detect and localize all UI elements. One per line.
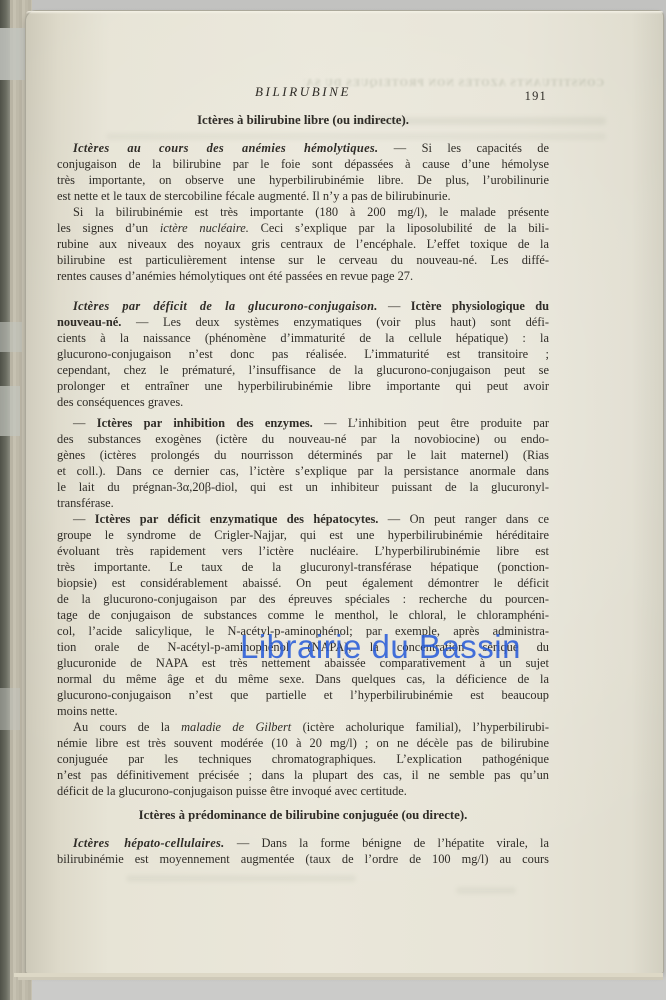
page-edge-highlight: [0, 322, 22, 352]
text-line: Au cours de la maladie de Gilbert (ictèr…: [57, 719, 549, 735]
verso-bleedthrough-smudge: [456, 887, 516, 894]
text-segment: bilirubinémie est moyennement augmentée …: [57, 852, 549, 866]
text-line: Ictères hépato-cellulaires. — Dans la fo…: [57, 835, 549, 851]
running-title: BILIRUBINE: [57, 84, 549, 100]
text-line: conjugaison de la bilirubine par le foie…: [57, 156, 549, 172]
text-line: glucurono-conjugaison n’est que partiell…: [57, 687, 549, 703]
text-segment: prolonger et entraîner une hyperbilirubi…: [57, 379, 549, 393]
text-segment: Ictères par inhibition des enzymes.: [97, 416, 313, 430]
text-segment: nouveau-né.: [57, 315, 121, 329]
text-segment: est nette et le taux de stercobiline féc…: [57, 189, 451, 203]
text-line: cients à la naissance (phénomène d’immat…: [57, 330, 549, 346]
text-segment: Ictères par déficit de la glucurono-conj…: [73, 299, 378, 313]
text-line: Ictères à bilirubine libre (ou indirecte…: [57, 112, 549, 128]
text-segment: maladie de Gilbert: [181, 720, 291, 734]
text-segment: les signes d’un: [57, 221, 160, 235]
text-line: — Ictères par déficit enzymatique des hé…: [57, 511, 549, 527]
text-segment: Ictères à prédominance de bilirubine con…: [139, 808, 468, 822]
page-bottom-edge: [18, 977, 663, 980]
text-line: des conséquences graves.: [57, 394, 549, 410]
text-segment: et coll.). Dans ce dernier cas, l’ictère…: [57, 464, 549, 478]
text-line: biopsie) est considérablement abaissé. O…: [57, 575, 549, 591]
text-line: prolonger et entraîner une hyperbilirubi…: [57, 378, 549, 394]
text-line: tage de conjugaison de substances comme …: [57, 607, 549, 623]
text-segment: —: [378, 299, 411, 313]
text-segment: évoluant très rapidement vers l’ictère n…: [57, 544, 549, 558]
paragraph: Au cours de la maladie de Gilbert (ictèr…: [57, 719, 549, 799]
text-line: rentes causes d’anémies hémolytiques ont…: [57, 268, 549, 284]
text-line: normal du même âge et du même sexe. Dans…: [57, 671, 549, 687]
text-segment: rentes causes d’anémies hémolytiques ont…: [57, 269, 413, 283]
section-heading: Ictères à bilirubine libre (ou indirecte…: [57, 112, 549, 128]
text-line: des substances exogènes (ictère du nouve…: [57, 431, 549, 447]
text-line: n’est pas définitivement précisée ; dans…: [57, 767, 549, 783]
text-segment: gènes (ictères prolongés du nourrisson d…: [57, 448, 549, 462]
text-segment: transférase.: [57, 496, 114, 510]
text-line: gènes (ictères prolongés du nourrisson d…: [57, 447, 549, 463]
text-line: glucurono-conjugaison n’est donc pas réa…: [57, 346, 549, 362]
text-segment: conjuguée par les techniques chromatogra…: [57, 752, 549, 766]
text-line: et coll.). Dans ce dernier cas, l’ictère…: [57, 463, 549, 479]
text-segment: de la glucurono-conjugaison par des épre…: [57, 592, 549, 606]
text-segment: Ceci s’explique par la liposolubilité de…: [249, 221, 549, 235]
text-segment: Ictères hépato-cellulaires.: [73, 836, 225, 850]
text-line: némie libre est très souvent modérée (10…: [57, 735, 549, 751]
text-segment: normal du même âge et du même sexe. Dans…: [57, 672, 549, 686]
text-segment: des conséquences graves.: [57, 395, 183, 409]
text-line: le lait du prégnan-3α,20β-diol, qui est …: [57, 479, 549, 495]
section-heading: Ictères à prédominance de bilirubine con…: [57, 807, 549, 823]
text-segment: très importante, on observe une hyperbil…: [57, 173, 549, 187]
text-line: de la glucurono-conjugaison par des épre…: [57, 591, 549, 607]
text-segment: rubine aux niveaux des noyaux gris centr…: [57, 237, 549, 251]
text-segment: n’est pas définitivement précisée ; dans…: [57, 768, 549, 782]
text-line: — Ictères par inhibition des enzymes. — …: [57, 415, 549, 431]
text-line: cependant, chez le prématuré, l’insuffis…: [57, 362, 549, 378]
text-line: moins nette.: [57, 703, 549, 719]
page-edge-highlight: [0, 386, 20, 436]
text-line: très importante, on observe une hyperbil…: [57, 172, 549, 188]
scanned-book-photo: CONSTITUANTS AZOTÉS NON PROTÉIQUES DU SA…: [0, 0, 666, 1000]
text-line: Si la bilirubinémie est très importante …: [57, 204, 549, 220]
text-segment: groupe le syndrome de Crigler-Najjar, qu…: [57, 528, 549, 542]
text-line: conjuguée par les techniques chromatogra…: [57, 751, 549, 767]
text-segment: déficit de la glucurono-conjugaison puis…: [57, 784, 407, 798]
text-segment: Si la bilirubinémie est très importante …: [73, 205, 549, 219]
body-text: Ictères à bilirubine libre (ou indirecte…: [57, 112, 549, 867]
text-line: nouveau-né. — Les deux systèmes enzymati…: [57, 314, 549, 330]
text-segment: Ictères par déficit enzymatique des hépa…: [95, 512, 379, 526]
text-segment: cependant, chez le prématuré, l’insuffis…: [57, 363, 549, 377]
paragraph: Si la bilirubinémie est très importante …: [57, 204, 549, 284]
text-line: les signes d’un ictère nucléaire. Ceci s…: [57, 220, 549, 236]
text-segment: conjugaison de la bilirubine par le foie…: [57, 157, 549, 171]
paragraph: Ictères hépato-cellulaires. — Dans la fo…: [57, 835, 549, 867]
text-line: bilirubine est particulièrement intense …: [57, 252, 549, 268]
text-segment: Ictères au cours des anémies hémolytique…: [73, 141, 378, 155]
text-line: rubine aux niveaux des noyaux gris centr…: [57, 236, 549, 252]
text-segment: — On peut ranger dans ce: [378, 512, 549, 526]
text-segment: tage de conjugaison de substances comme …: [57, 608, 549, 622]
text-line: groupe le syndrome de Crigler-Najjar, qu…: [57, 527, 549, 543]
text-segment: — Les deux systèmes enzymatiques (voir p…: [121, 315, 549, 329]
running-header: BILIRUBINE 191: [57, 84, 549, 112]
book-spine: [0, 0, 10, 1000]
text-segment: glucurono-conjugaison n’est que partiell…: [57, 688, 549, 702]
text-line: est nette et le taux de stercobiline féc…: [57, 188, 549, 204]
text-line: Ictères à prédominance de bilirubine con…: [57, 807, 549, 823]
text-line: bilirubinémie est moyennement augmentée …: [57, 851, 549, 867]
text-segment: biopsie) est considérablement abaissé. O…: [57, 576, 549, 590]
text-segment: Au cours de la: [73, 720, 181, 734]
paragraph: — Ictères par inhibition des enzymes. — …: [57, 415, 549, 511]
text-line: Ictères au cours des anémies hémolytique…: [57, 140, 549, 156]
paragraph: Ictères au cours des anémies hémolytique…: [57, 140, 549, 204]
text-line: Ictères par déficit de la glucurono-conj…: [57, 298, 549, 314]
page-top-highlight: [26, 11, 663, 14]
text-segment: —: [73, 512, 95, 526]
paragraph: Ictères par déficit de la glucurono-conj…: [57, 298, 549, 410]
text-segment: Ictère physiologique du: [411, 299, 549, 313]
bookstore-watermark: Librairie du Bassin: [240, 628, 590, 668]
text-segment: ictère nucléaire.: [160, 221, 249, 235]
text-segment: Ictères à bilirubine libre (ou indirecte…: [197, 113, 409, 127]
text-line: transférase.: [57, 495, 549, 511]
book-page: CONSTITUANTS AZOTÉS NON PROTÉIQUES DU SA…: [26, 11, 663, 973]
text-segment: glucurono-conjugaison n’est donc pas réa…: [57, 347, 549, 361]
text-segment: bilirubine est particulièrement intense …: [57, 253, 549, 267]
text-segment: — Dans la forme bénigne de l’hépatite vi…: [225, 836, 549, 850]
text-segment: des substances exogènes (ictère du nouve…: [57, 432, 549, 446]
text-line: déficit de la glucurono-conjugaison puis…: [57, 783, 549, 799]
paragraph: — Ictères par déficit enzymatique des hé…: [57, 511, 549, 719]
text-segment: — Si les capacités de: [378, 141, 549, 155]
page-edge-highlight: [0, 28, 26, 80]
text-segment: — L’inhibition peut être produite par: [313, 416, 549, 430]
verso-bleedthrough-smudge: [126, 875, 356, 882]
text-segment: le lait du prégnan-3α,20β-diol, qui est …: [57, 480, 549, 494]
page-number: 191: [525, 89, 547, 104]
text-segment: cients à la naissance (phénomène d’immat…: [57, 331, 549, 345]
text-line: évoluant très rapidement vers l’ictère n…: [57, 543, 549, 559]
text-segment: très importante. Le taux de la glucurony…: [57, 560, 549, 574]
text-segment: némie libre est très souvent modérée (10…: [57, 736, 549, 750]
page-edge-highlight: [0, 688, 20, 730]
text-segment: (ictère acholurique familial), l’hyperbi…: [291, 720, 549, 734]
text-line: très importante. Le taux de la glucurony…: [57, 559, 549, 575]
text-segment: —: [73, 416, 97, 430]
text-segment: moins nette.: [57, 704, 118, 718]
